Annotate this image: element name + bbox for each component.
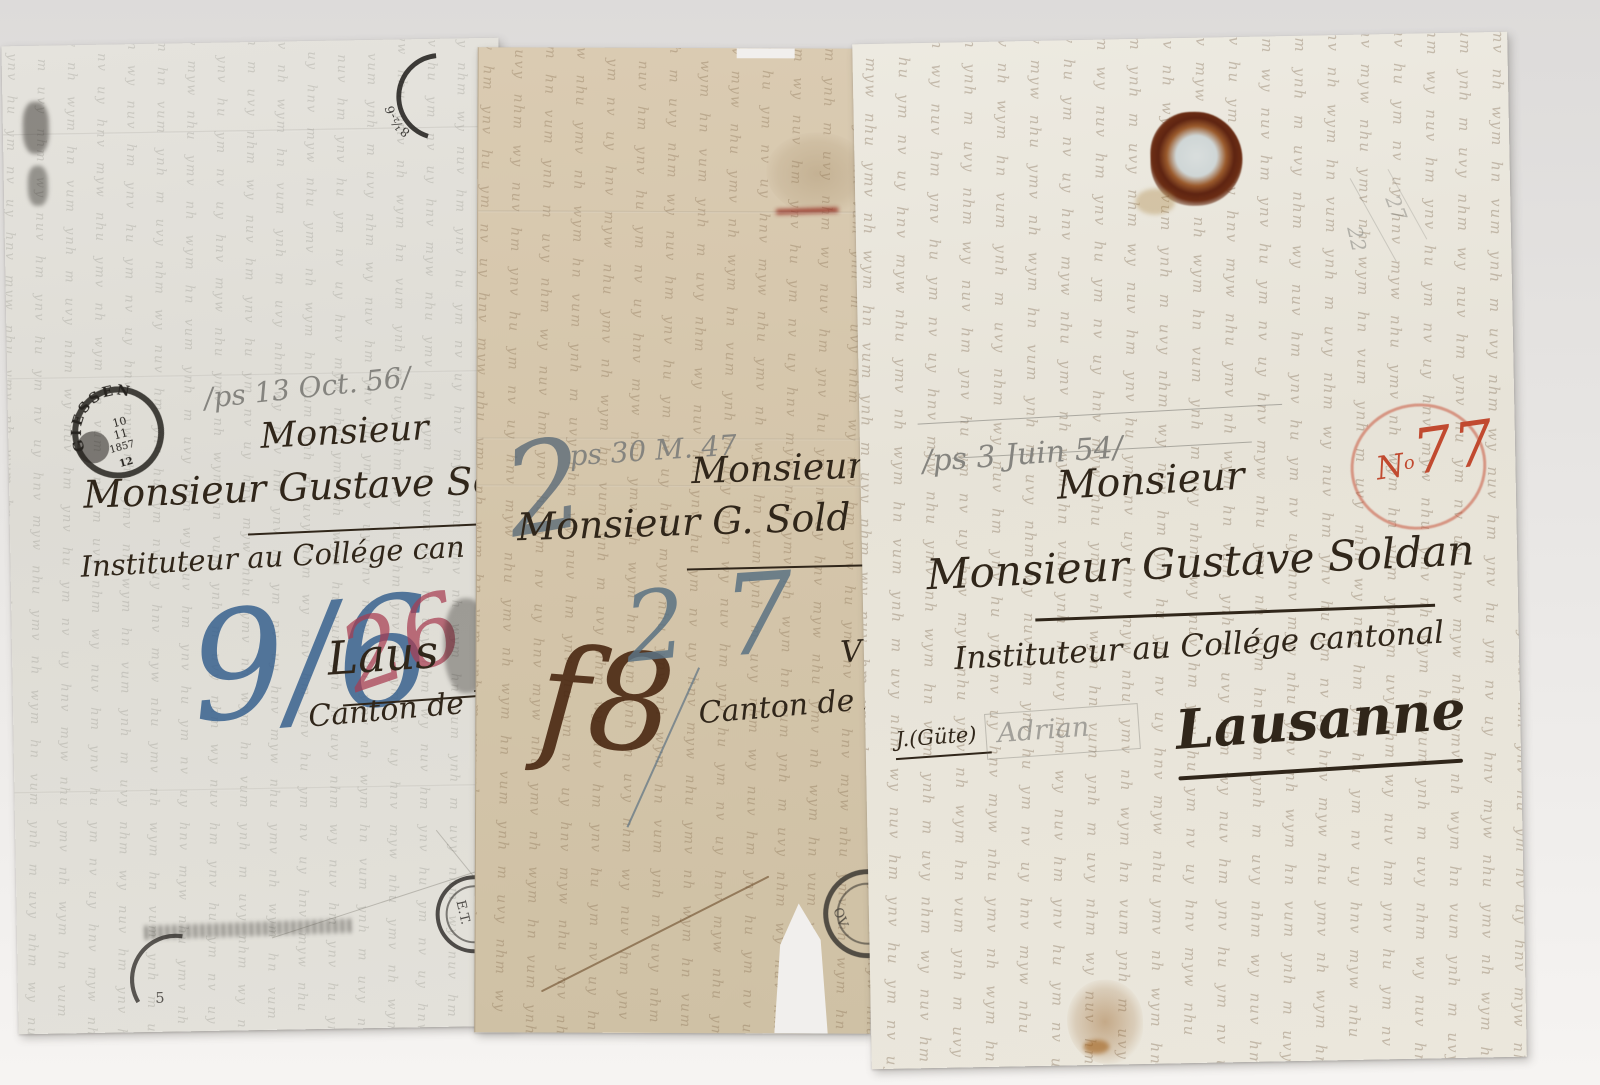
underline: [1178, 759, 1463, 781]
svg-text:E.T.: E.T.: [452, 899, 472, 926]
ink-smudge: [22, 102, 49, 154]
address-line: Instituteur au Collége cantonal: [953, 615, 1445, 677]
photo-of-three-letters: uy hnv myw nhu ymv nh wym hn vum ynh m u…: [0, 0, 1600, 1085]
underline: [896, 751, 992, 760]
partial-postmark-bottom-left: 5: [123, 927, 229, 1033]
address-line: Monsieur: [259, 408, 429, 457]
ink-stroke: [541, 876, 770, 993]
address-line: Monsieur: [1056, 454, 1246, 509]
pencil-docket: /ps 13 Oct. 56/: [202, 360, 412, 415]
address-line: Monsieur Gustave Soldan: [925, 525, 1475, 599]
letter-right: uy hnv myw nhu ymv nh wym hn vum ynh m u…: [852, 32, 1527, 1069]
destination-line: Canton de B: [697, 681, 873, 732]
address-line: Monsieur G. Sold: [516, 495, 851, 549]
svg-text:12: 12: [118, 456, 134, 470]
partial-postmark-bottom: OV: [818, 864, 874, 964]
partial-arc-postmark: 8½-6: [384, 48, 482, 146]
pencil-calculation: 22: [1342, 224, 1371, 254]
wax-seal-ghost: [766, 132, 868, 214]
letter-middle: uy hnv myw nhu ymv nh wym hn vum ynh m u…: [474, 47, 873, 1033]
address-line: Lausanne: [1173, 677, 1467, 762]
pencil-rule: [918, 404, 1283, 425]
destination-line: Laus: [325, 624, 440, 686]
sender-note-ink: J.(Güte): [895, 722, 978, 752]
rate-mark-blue-2: 2: [619, 567, 691, 685]
wax-stain: [1135, 188, 1175, 215]
rate-mark-blue-7: 7: [719, 548, 799, 682]
fold-crease: [14, 784, 511, 795]
paper-notch-top: [737, 48, 795, 58]
sender-note-pencil: Adrian: [996, 712, 1090, 749]
fold-crease: [478, 210, 873, 213]
svg-text:OV: OV: [829, 906, 850, 930]
address-line: Monsieur: [691, 446, 866, 492]
red-number-prefix: N: [1374, 446, 1407, 488]
red-number-value: 77: [1408, 405, 1500, 489]
svg-text:1857: 1857: [108, 439, 135, 456]
letter-left: uy hnv myw nhu ymv nh wym hn vum ynh m u…: [1, 38, 515, 1035]
partial-letter: V: [839, 634, 863, 670]
ink-smudge: [28, 166, 49, 206]
pencil-calculation: 27: [1380, 192, 1412, 224]
svg-text:5: 5: [155, 990, 165, 1007]
